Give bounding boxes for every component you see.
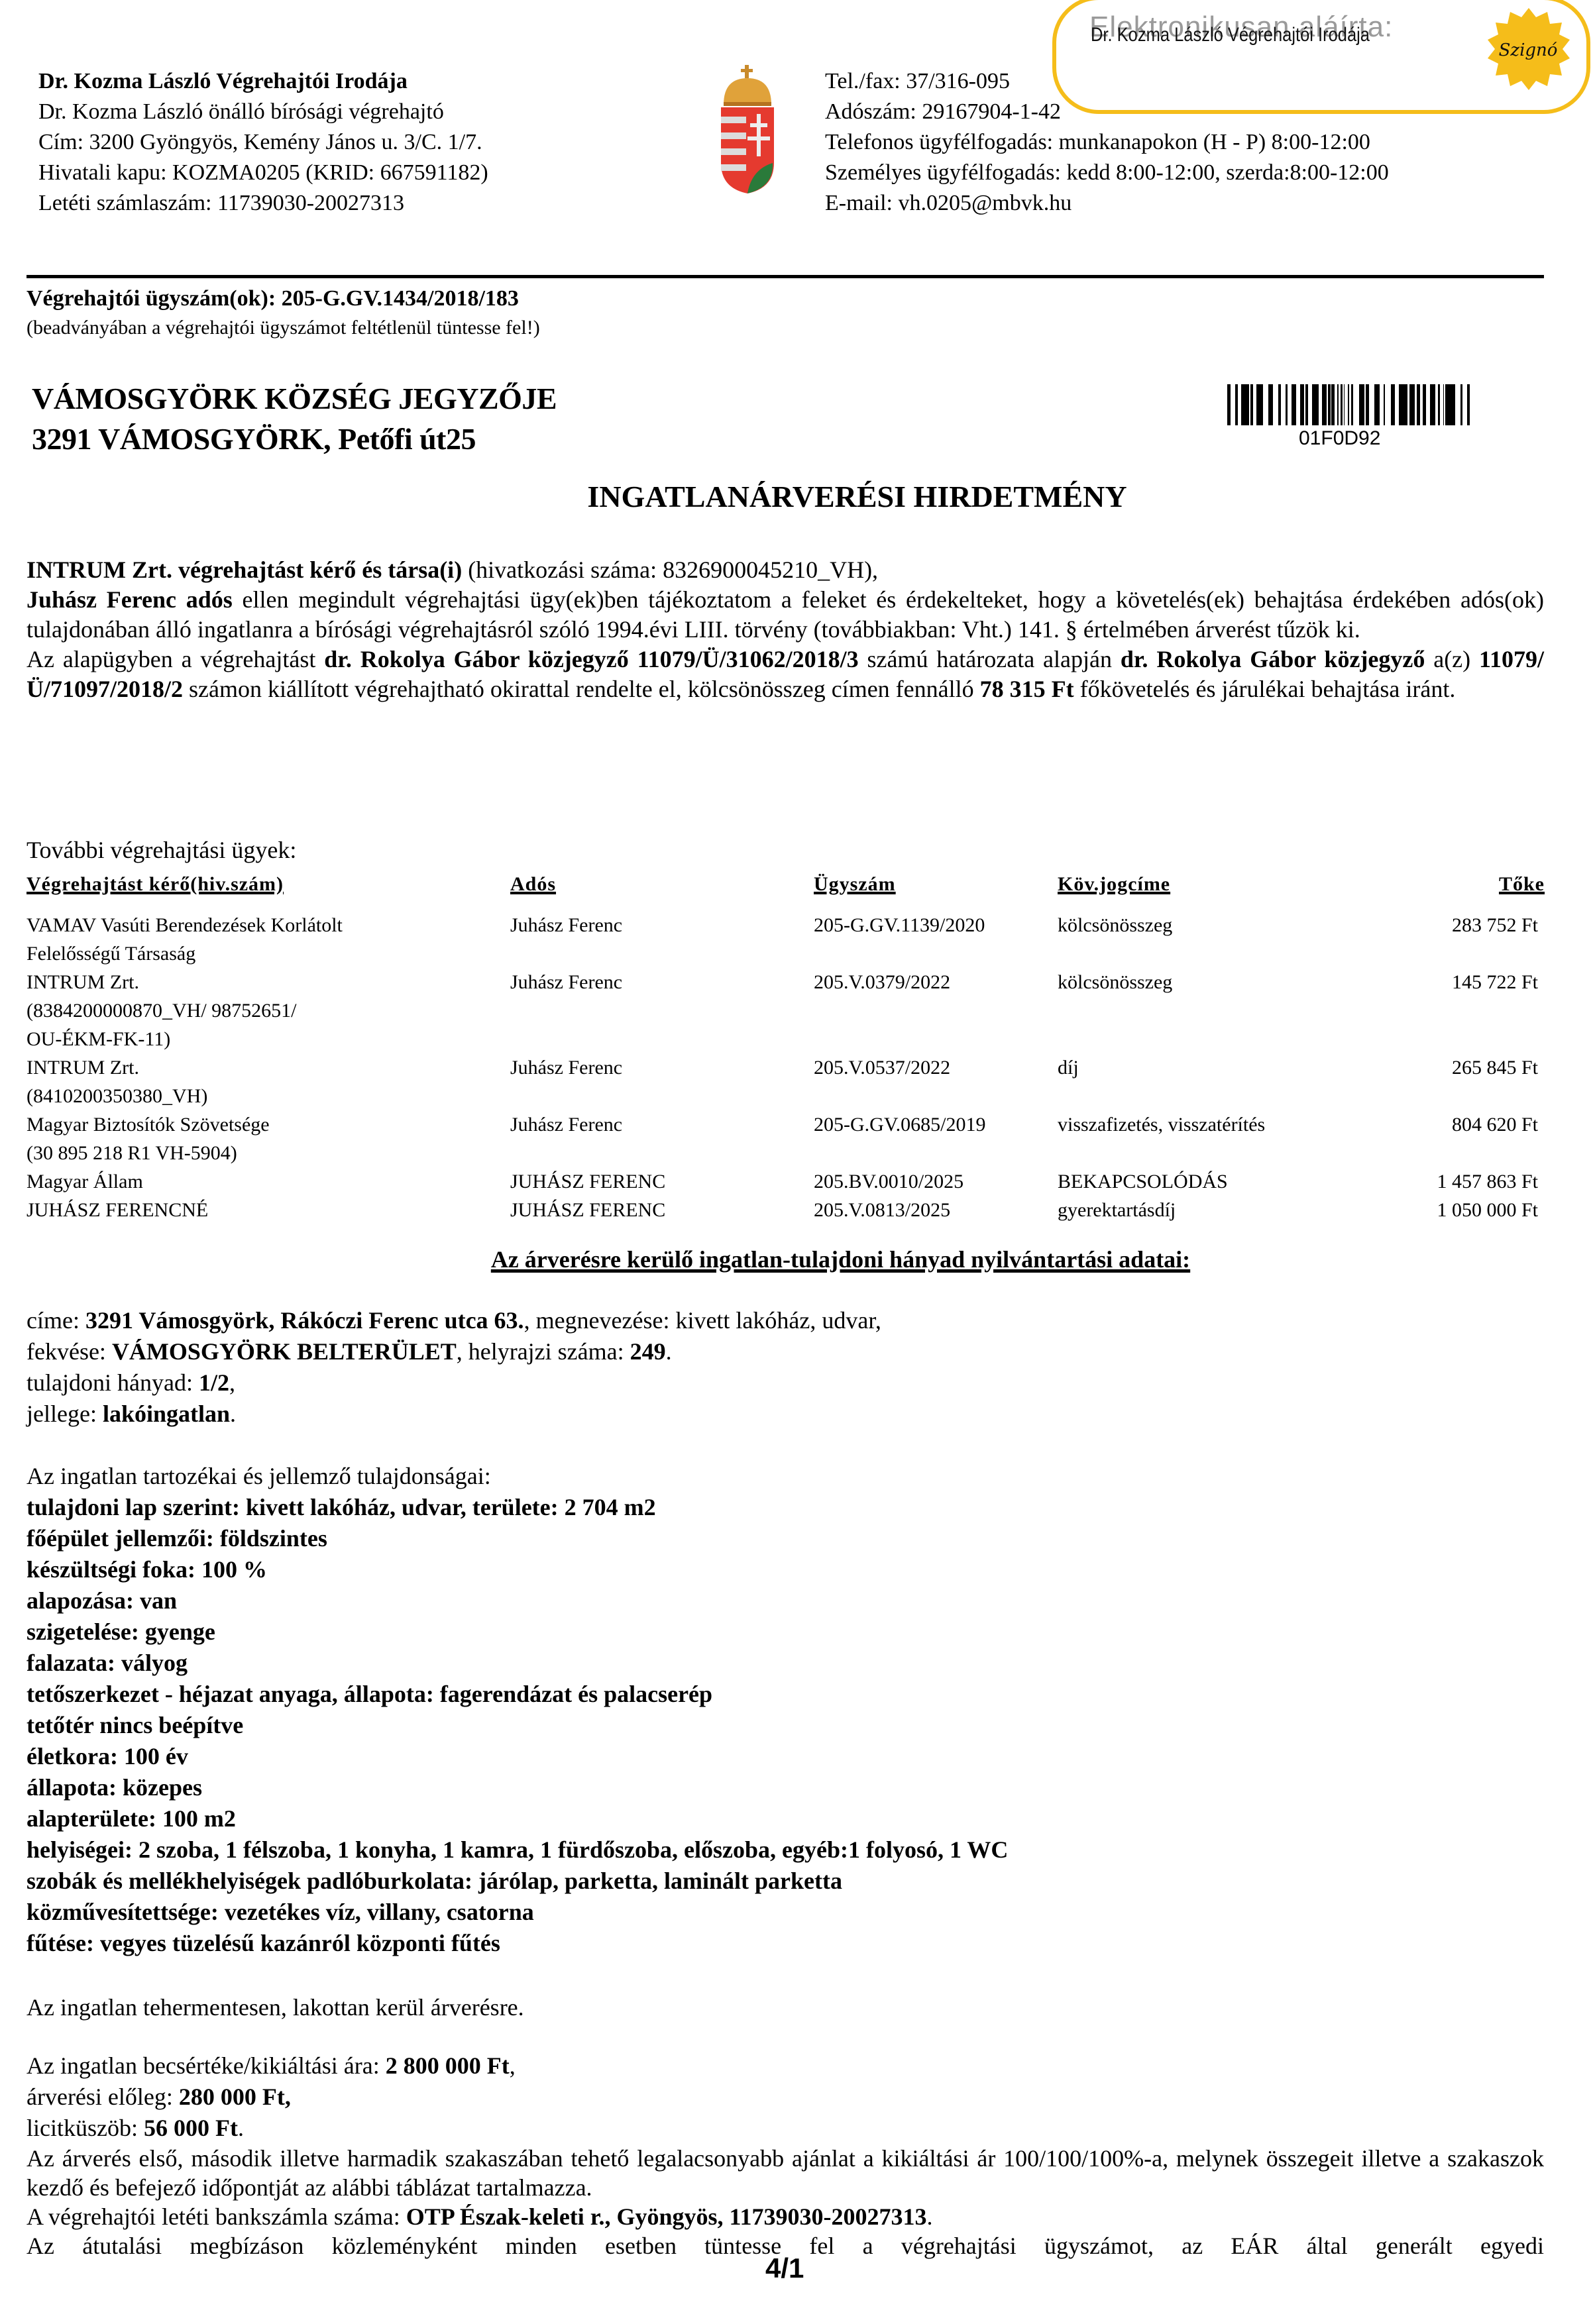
- feature-item: falazata: vályog: [27, 1648, 1008, 1679]
- creditor-name: INTRUM Zrt. végrehajtást kérő és társa(i…: [27, 556, 462, 583]
- property-location-line: fekvése: VÁMOSGYÖRK BELTERÜLET, helyrajz…: [27, 1336, 881, 1367]
- hungarian-coat-of-arms-icon: [714, 64, 781, 196]
- intro-text: INTRUM Zrt. végrehajtást kérő és társa(i…: [27, 555, 1544, 704]
- cell-principal: 1 457 863 Ft: [1437, 1167, 1538, 1196]
- office-hours: Személyes ügyfélfogadás: kedd 8:00-12:00…: [825, 158, 1389, 188]
- col-header-principal: Tőke: [1499, 873, 1545, 896]
- feature-item: készültségi foka: 100 %: [27, 1554, 1008, 1585]
- auction-stages-text: Az árverés első, második illetve harmadi…: [27, 2144, 1544, 2260]
- feature-item: tetőtér nincs beépítve: [27, 1710, 1008, 1741]
- bid-increment: 56 000 Ft: [144, 2115, 238, 2141]
- szigno-seal-icon: Szignó: [1486, 7, 1572, 99]
- cell-case-number: 205.BV.0010/2025: [814, 1167, 963, 1196]
- feature-item: szigetelése: gyenge: [27, 1616, 1008, 1648]
- intro-body: ellen megindult végrehajtási ügy(ek)ben …: [27, 586, 1544, 643]
- basis-text: Az alapügyben a végrehajtást: [27, 646, 324, 672]
- office-info: Dr. Kozma László Végrehajtói Irodája Dr.…: [38, 66, 488, 219]
- cell-legal-title: díj: [1058, 1053, 1079, 1082]
- document-title: INGATLANÁRVERÉSI HIRDETMÉNY: [0, 479, 1595, 514]
- feature-item: fűtése: vegyes tüzelésű kazánról központ…: [27, 1928, 1008, 1959]
- cell-creditor: JUHÁSZ FERENCNÉ: [27, 1196, 208, 1224]
- recipient-name: VÁMOSGYÖRK KÖZSÉG JEGYZŐJE: [32, 381, 557, 416]
- deposit-line: árverési előleg: 280 000 Ft,: [27, 2082, 516, 2113]
- feature-item: helyiségei: 2 szoba, 1 félszoba, 1 konyh…: [27, 1834, 1008, 1866]
- other-cases-title: További végrehajtási ügyek:: [27, 836, 296, 864]
- notary-decision: dr. Rokolya Gábor közjegyző 11079/Ü/3106…: [324, 646, 858, 672]
- property-features: tulajdoni lap szerint: kivett lakóház, u…: [27, 1492, 1008, 1959]
- feature-item: állapota: közepes: [27, 1772, 1008, 1803]
- case-number-note: (beadványában a végrehajtói ügyszámot fe…: [27, 317, 540, 339]
- features-title: Az ingatlan tartozékai és jellemző tulaj…: [27, 1461, 491, 1492]
- page-number: 4/1: [765, 2252, 804, 2284]
- cell-case-number: 205-G.GV.0685/2019: [814, 1110, 985, 1139]
- feature-item: alapozása: van: [27, 1585, 1008, 1616]
- property-section-title: Az árverésre kerülő ingatlan-tulajdoni h…: [0, 1245, 1595, 1273]
- starting-price-line: Az ingatlan becsértéke/kikiáltási ára: 2…: [27, 2050, 516, 2082]
- cell-legal-title: visszafizetés, visszatérítés: [1058, 1110, 1265, 1139]
- svg-text:Szignó: Szignó: [1499, 40, 1558, 60]
- auction-deposit: 280 000 Ft,: [179, 2084, 291, 2110]
- pricing-block: Az ingatlan becsértéke/kikiáltási ára: 2…: [27, 2050, 516, 2144]
- basis-text: számú határozata alapján: [859, 646, 1121, 672]
- cell-debtor: Juhász Ferenc: [510, 968, 622, 996]
- feature-item: alapterülete: 100 m2: [27, 1803, 1008, 1834]
- creditor-reference: (hivatkozási száma: 8326900045210_VH),: [462, 556, 878, 583]
- barcode-code: 01F0D92: [1299, 427, 1380, 450]
- stages-text: Az árverés első, második illetve harmadi…: [27, 2144, 1544, 2202]
- basis-text: főkövetelés és járulékai behajtása iránt…: [1074, 676, 1456, 702]
- increment-line: licitküszöb: 56 000 Ft.: [27, 2113, 516, 2144]
- property-share-line: tulajdoni hányad: 1/2,: [27, 1367, 881, 1399]
- principal-claim-amount: 78 315 Ft: [980, 676, 1074, 702]
- cell-principal: 265 845 Ft: [1452, 1053, 1538, 1082]
- cell-legal-title: kölcsönösszeg: [1058, 968, 1172, 996]
- cell-debtor: JUHÁSZ FERENC: [510, 1167, 665, 1196]
- email[interactable]: E-mail: vh.0205@mbvk.hu: [825, 188, 1389, 219]
- cell-principal: 804 620 Ft: [1452, 1110, 1538, 1139]
- feature-item: életkora: 100 év: [27, 1741, 1008, 1772]
- cell-debtor: Juhász Ferenc: [510, 1110, 622, 1139]
- tax-number: Adószám: 29167904-1-42: [825, 97, 1389, 127]
- ownership-share: 1/2: [199, 1369, 229, 1396]
- col-header-debtor: Adós: [510, 873, 556, 896]
- property-type-line: jellege: lakóingatlan.: [27, 1399, 881, 1430]
- lot-number: 249: [630, 1338, 666, 1365]
- basis-text: a(z): [1425, 646, 1479, 672]
- col-header-case: Ügyszám: [814, 873, 896, 896]
- bank-account: OTP Észak-keleti r., Gyöngyös, 11739030-…: [406, 2203, 927, 2230]
- signature-signer: Dr. Kozma László Végrehajtói Irodája: [1091, 24, 1370, 46]
- notary-name: dr. Rokolya Gábor közjegyző: [1121, 646, 1425, 672]
- office-address: Cím: 3200 Gyöngyös, Kemény János u. 3/C.…: [38, 127, 488, 158]
- feature-item: főépület jellemzői: földszintes: [27, 1523, 1008, 1554]
- debtor-name: Juhász Ferenc adós: [27, 586, 233, 613]
- occupancy-status: Az ingatlan tehermentesen, lakottan kerü…: [27, 1992, 524, 2023]
- property-address-line: címe: 3291 Vámosgyörk, Rákóczi Ferenc ut…: [27, 1305, 881, 1336]
- cell-principal: 1 050 000 Ft: [1437, 1196, 1538, 1224]
- cell-creditor: VAMAV Vasúti Berendezések KorlátoltFelel…: [27, 911, 343, 968]
- cell-case-number: 205.V.0537/2022: [814, 1053, 950, 1082]
- phone-fax: Tel./fax: 37/316-095: [825, 66, 1389, 97]
- feature-item: tetőszerkezet - héjazat anyaga, állapota…: [27, 1679, 1008, 1710]
- bailiff-name: Dr. Kozma László önálló bírósági végreha…: [38, 97, 488, 127]
- property-address: 3291 Vámosgyörk, Rákóczi Ferenc utca 63.: [85, 1307, 524, 1334]
- feature-item: közművesítettsége: vezetékes víz, villan…: [27, 1897, 1008, 1928]
- phone-hours: Telefonos ügyfélfogadás: munkanapokon (H…: [825, 127, 1389, 158]
- cell-case-number: 205.V.0813/2025: [814, 1196, 950, 1224]
- cell-legal-title: BEKAPCSOLÓDÁS: [1058, 1167, 1228, 1196]
- feature-item: szobák és mellékhelyiségek padlóburkolat…: [27, 1866, 1008, 1897]
- col-header-creditor: Végrehajtást kérő(hiv.szám): [27, 873, 284, 896]
- starting-price: 2 800 000 Ft: [386, 2052, 510, 2079]
- property-location: VÁMOSGYÖRK BELTERÜLET: [112, 1338, 457, 1365]
- cell-debtor: Juhász Ferenc: [510, 1053, 622, 1082]
- cell-case-number: 205.V.0379/2022: [814, 968, 950, 996]
- cell-creditor: Magyar Állam: [27, 1167, 143, 1196]
- property-registry: címe: 3291 Vámosgyörk, Rákóczi Ferenc ut…: [27, 1305, 881, 1430]
- col-header-legal-title: Köv.jogcíme: [1058, 873, 1170, 896]
- cell-principal: 145 722 Ft: [1452, 968, 1538, 996]
- cell-legal-title: gyerektartásdíj: [1058, 1196, 1176, 1224]
- office-account: Letéti számlaszám: 11739030-20027313: [38, 188, 488, 219]
- case-number: Végrehajtói ügyszám(ok): 205-G.GV.1434/2…: [27, 286, 519, 311]
- cell-debtor: JUHÁSZ FERENC: [510, 1196, 665, 1224]
- cell-legal-title: kölcsönösszeg: [1058, 911, 1172, 939]
- cell-creditor: INTRUM Zrt.(8410200350380_VH): [27, 1053, 207, 1110]
- cell-debtor: Juhász Ferenc: [510, 911, 622, 939]
- office-gateway: Hivatali kapu: KOZMA0205 (KRID: 66759118…: [38, 158, 488, 188]
- contact-info: Tel./fax: 37/316-095 Adószám: 29167904-1…: [825, 66, 1389, 219]
- feature-item: tulajdoni lap szerint: kivett lakóház, u…: [27, 1492, 1008, 1523]
- cell-creditor: Magyar Biztosítók Szövetsége(30 895 218 …: [27, 1110, 270, 1167]
- basis-text: számon kiállított végrehajtható okiratta…: [183, 676, 980, 702]
- cell-creditor: INTRUM Zrt.(8384200000870_VH/ 98752651/O…: [27, 968, 297, 1053]
- header-divider: [27, 275, 1544, 278]
- property-type: lakóingatlan: [103, 1400, 230, 1427]
- cell-case-number: 205-G.GV.1139/2020: [814, 911, 985, 939]
- barcode-icon: [1227, 384, 1470, 425]
- office-name: Dr. Kozma László Végrehajtói Irodája: [38, 66, 488, 97]
- recipient-address: 3291 VÁMOSGYÖRK, Petőfi út25: [32, 421, 476, 456]
- cell-principal: 283 752 Ft: [1452, 911, 1538, 939]
